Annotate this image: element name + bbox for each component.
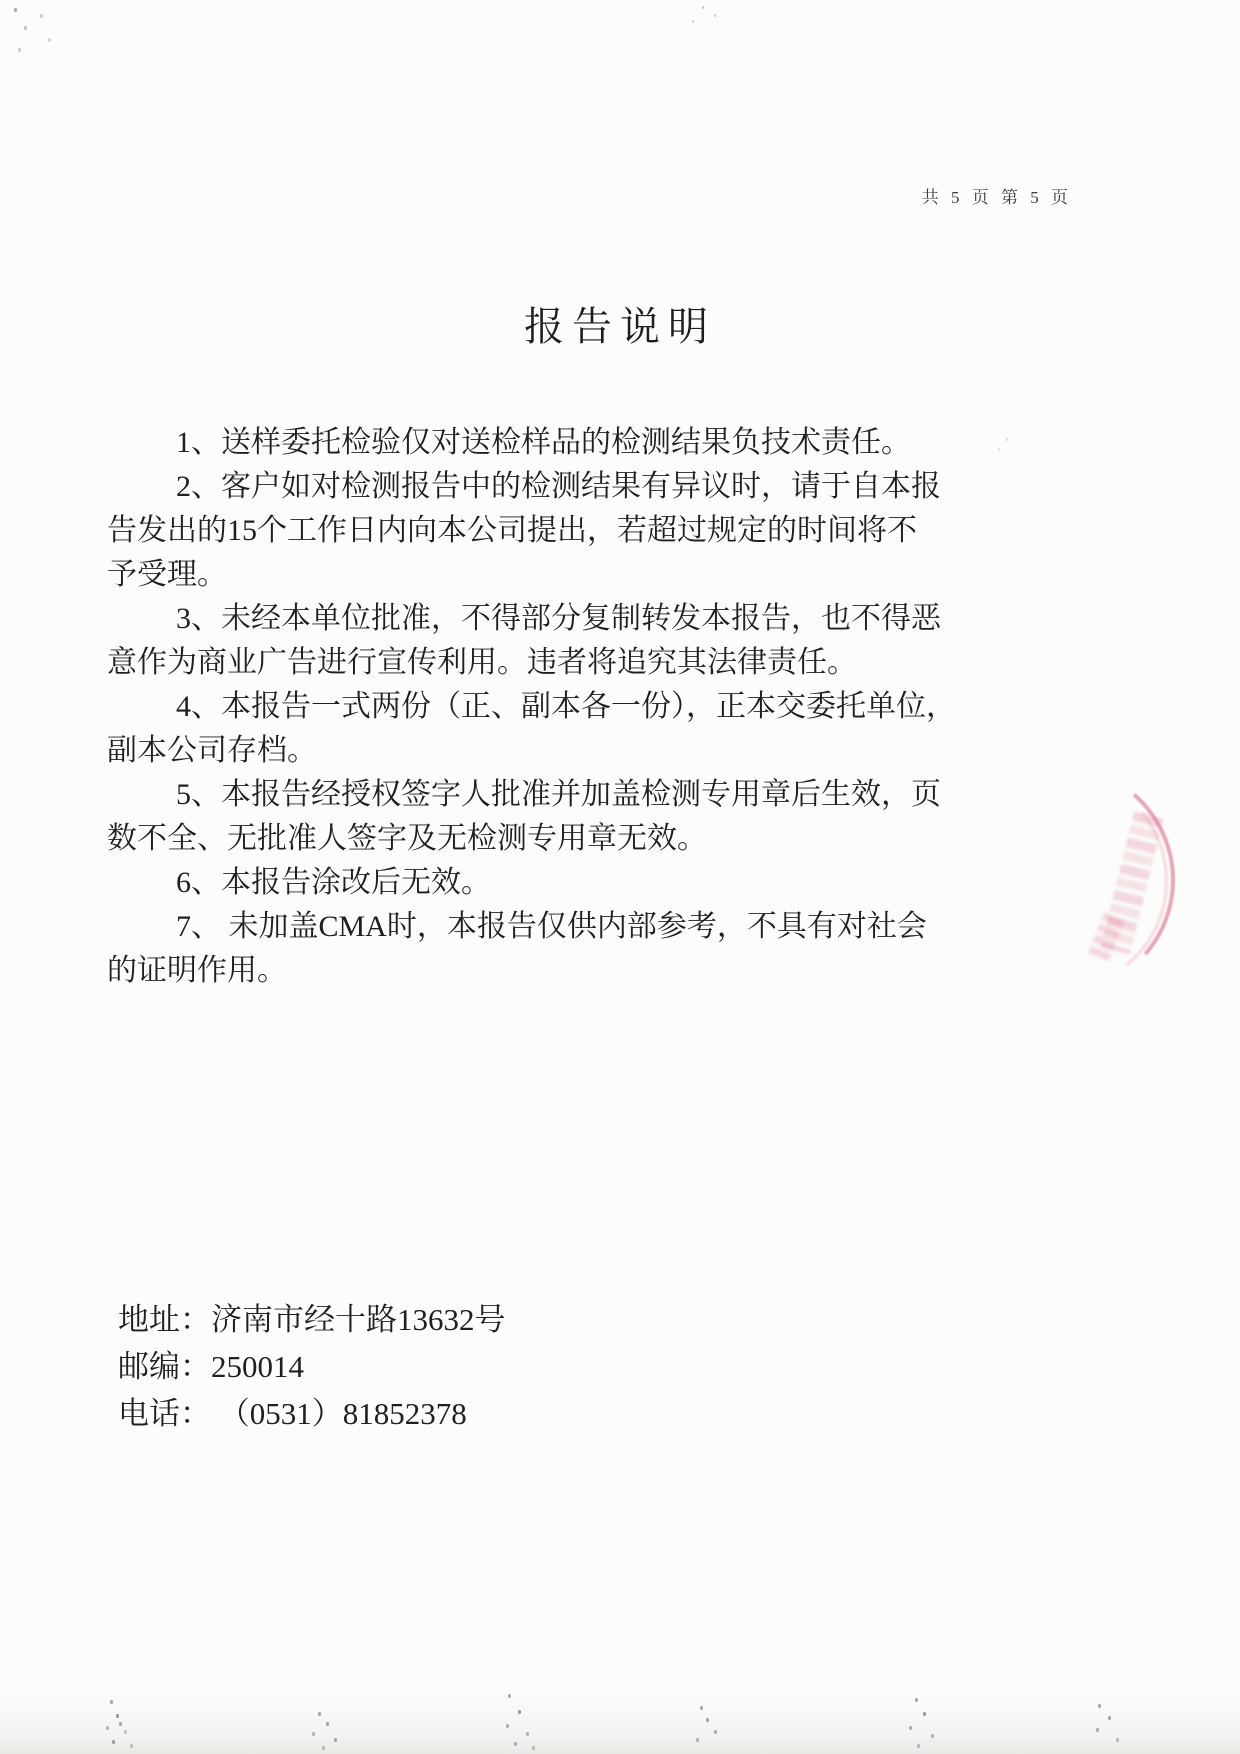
scan-edge-shading bbox=[0, 1694, 1240, 1754]
report-notes: 1、送样委托检验仅对送检样品的检测结果负技术责任。 2、客户如对检测报告中的检测… bbox=[107, 421, 977, 993]
note-item-7: 7、 未加盖CMA时，本报告仅供内部参考，不具有对社会 的证明作用。 bbox=[107, 905, 977, 993]
page-title: 报告说明 bbox=[0, 295, 1240, 352]
note-item-2: 2、客户如对检测报告中的检测结果有异议时，请于自本报 告发出的15个工作日内向本… bbox=[107, 465, 977, 597]
page-number: 共 5 页 第 5 页 bbox=[922, 183, 1072, 208]
address-line: 地址：济南市经十路13632号 bbox=[118, 1296, 506, 1343]
note-item-5: 5、本报告经授权签字人批准并加盖检测专用章后生效，页 数不全、无批准人签字及无检… bbox=[107, 773, 977, 861]
note-item-3: 3、未经本单位批准，不得部分复制转发本报告，也不得恶 意作为商业广告进行宣传利用… bbox=[107, 597, 977, 685]
note-item-6: 6、本报告涂改后无效。 bbox=[107, 861, 977, 905]
scan-noise bbox=[14, 8, 17, 12]
phone-line: 电话： （0531）81852378 bbox=[118, 1390, 506, 1437]
scan-noise bbox=[1006, 438, 1008, 441]
note-item-4: 4、本报告一式两份（正、副本各一份），正本交委托单位， 副本公司存档。 bbox=[107, 685, 977, 773]
stamp-text-marks-small bbox=[1087, 913, 1125, 964]
postcode-line: 邮编：250014 bbox=[118, 1343, 506, 1390]
contact-block: 地址：济南市经十路13632号 邮编：250014 电话： （0531）8185… bbox=[118, 1296, 506, 1437]
scanned-report-page: 共 5 页 第 5 页 报告说明 1、送样委托检验仅对送检样品的检测结果负技术责… bbox=[0, 0, 1240, 1754]
note-item-1: 1、送样委托检验仅对送检样品的检测结果负技术责任。 bbox=[107, 421, 977, 465]
red-stamp bbox=[945, 765, 1175, 995]
stamp-text-marks bbox=[1101, 811, 1164, 954]
scan-noise bbox=[702, 6, 704, 9]
